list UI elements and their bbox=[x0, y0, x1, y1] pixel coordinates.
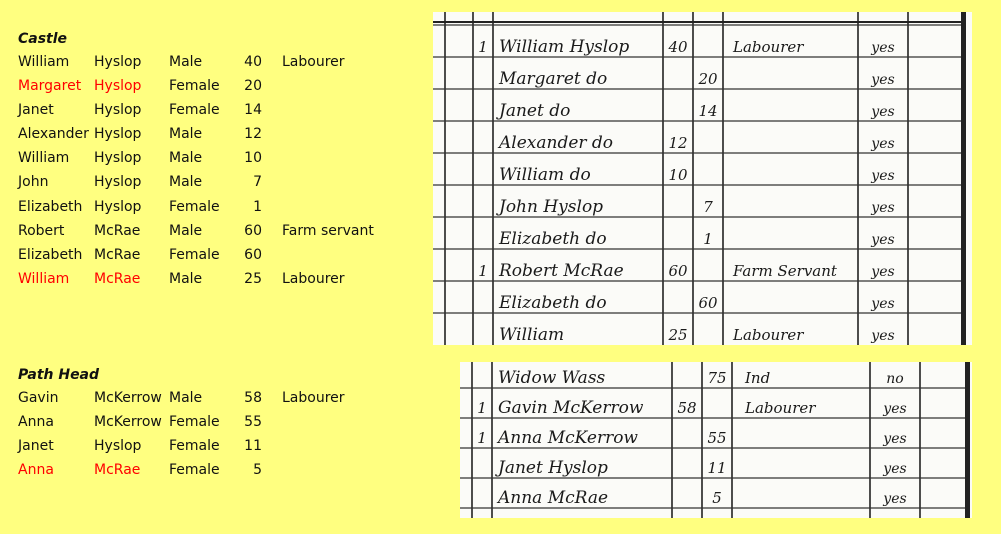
first-name: Robert bbox=[18, 219, 64, 243]
first-name: Anna bbox=[18, 458, 54, 482]
sex: Male bbox=[169, 219, 202, 243]
sex: Female bbox=[169, 74, 220, 98]
svg-text:yes: yes bbox=[882, 461, 906, 477]
age: 20 bbox=[244, 74, 262, 98]
surname: Hyslop bbox=[94, 122, 141, 146]
occupation: Labourer bbox=[282, 267, 345, 291]
age: 10 bbox=[244, 146, 262, 170]
person-row: JohnHyslopMale7 bbox=[18, 170, 67, 194]
sex: Female bbox=[169, 434, 220, 458]
svg-text:Gavin McKerrow: Gavin McKerrow bbox=[498, 398, 644, 418]
first-name: Alexander bbox=[18, 122, 89, 146]
occupation: Farm servant bbox=[282, 219, 374, 243]
age: 11 bbox=[244, 434, 262, 458]
svg-text:11: 11 bbox=[707, 459, 726, 477]
sex: Female bbox=[169, 195, 220, 219]
svg-text:Labourer: Labourer bbox=[732, 38, 804, 56]
sex: Male bbox=[169, 50, 202, 74]
age: 14 bbox=[244, 98, 262, 122]
age: 1 bbox=[244, 195, 262, 219]
svg-text:1: 1 bbox=[478, 38, 488, 56]
age: 5 bbox=[244, 458, 262, 482]
first-name: Janet bbox=[18, 434, 54, 458]
svg-text:Anna McRae: Anna McRae bbox=[496, 488, 608, 508]
svg-text:yes: yes bbox=[882, 491, 906, 507]
svg-text:yes: yes bbox=[870, 296, 894, 312]
person-row: JanetHyslopFemale11 bbox=[18, 434, 99, 458]
sex: Male bbox=[169, 386, 202, 410]
sex: Male bbox=[169, 267, 202, 291]
age: 7 bbox=[244, 170, 262, 194]
svg-text:yes: yes bbox=[870, 104, 894, 120]
svg-text:William: William bbox=[499, 325, 564, 345]
svg-text:William Hyslop: William Hyslop bbox=[499, 37, 629, 57]
svg-text:7: 7 bbox=[703, 198, 713, 216]
svg-text:14: 14 bbox=[698, 102, 717, 120]
person-row: AnnaMcKerrowFemale55 bbox=[18, 410, 99, 434]
surname: Hyslop bbox=[94, 50, 141, 74]
svg-text:yes: yes bbox=[870, 232, 894, 248]
surname: McRae bbox=[94, 267, 140, 291]
census-scan-drawing: 1William Hyslop40LaboureryesMargaret do2… bbox=[433, 12, 972, 345]
svg-text:Labourer: Labourer bbox=[744, 399, 816, 417]
svg-text:Ind: Ind bbox=[744, 369, 770, 387]
svg-text:10: 10 bbox=[668, 166, 688, 184]
surname: Hyslop bbox=[94, 74, 141, 98]
first-name: John bbox=[18, 170, 48, 194]
age: 60 bbox=[244, 219, 262, 243]
first-name: William bbox=[18, 267, 69, 291]
section-heading: Path Head bbox=[18, 364, 99, 386]
census-scan-image-path-head: Widow Wass75Indno1Gavin McKerrow58Labour… bbox=[460, 362, 972, 518]
person-row: JanetHyslopFemale14 bbox=[18, 98, 67, 122]
svg-text:Farm Servant: Farm Servant bbox=[732, 262, 838, 280]
person-row: AnnaMcRaeFemale5 bbox=[18, 458, 99, 482]
surname: Hyslop bbox=[94, 195, 141, 219]
occupation: Labourer bbox=[282, 50, 345, 74]
surname: Hyslop bbox=[94, 98, 141, 122]
svg-text:1: 1 bbox=[477, 429, 487, 447]
sex: Male bbox=[169, 122, 202, 146]
svg-text:William do: William do bbox=[499, 165, 591, 185]
first-name: Gavin bbox=[18, 386, 58, 410]
occupation: Labourer bbox=[282, 386, 345, 410]
age: 58 bbox=[244, 386, 262, 410]
svg-text:1: 1 bbox=[478, 262, 488, 280]
first-name: Elizabeth bbox=[18, 243, 82, 267]
person-row: WilliamHyslopMale40Labourer bbox=[18, 50, 67, 74]
svg-text:1: 1 bbox=[477, 399, 487, 417]
svg-text:5: 5 bbox=[712, 489, 722, 507]
section-path-head: Path Head GavinMcKerrowMale58LabourerAnn… bbox=[18, 364, 99, 482]
sex: Male bbox=[169, 170, 202, 194]
person-row: ElizabethMcRaeFemale60 bbox=[18, 243, 67, 267]
svg-text:25: 25 bbox=[667, 326, 687, 344]
first-name: Anna bbox=[18, 410, 54, 434]
svg-text:20: 20 bbox=[697, 70, 718, 88]
svg-text:60: 60 bbox=[698, 294, 718, 312]
sex: Female bbox=[169, 410, 220, 434]
svg-text:Robert McRae: Robert McRae bbox=[498, 261, 624, 281]
sex: Male bbox=[169, 146, 202, 170]
surname: McRae bbox=[94, 458, 140, 482]
age: 40 bbox=[244, 50, 262, 74]
svg-text:55: 55 bbox=[707, 429, 726, 447]
person-row: RobertMcRaeMale60Farm servant bbox=[18, 219, 67, 243]
svg-text:Elizabeth do: Elizabeth do bbox=[498, 229, 607, 249]
age: 12 bbox=[244, 122, 262, 146]
surname: McKerrow bbox=[94, 410, 162, 434]
svg-text:Alexander do: Alexander do bbox=[497, 133, 613, 153]
first-name: Elizabeth bbox=[18, 195, 82, 219]
person-row: WilliamMcRaeMale25Labourer bbox=[18, 267, 67, 291]
svg-text:40: 40 bbox=[667, 38, 688, 56]
svg-text:58: 58 bbox=[677, 399, 696, 417]
svg-text:John Hyslop: John Hyslop bbox=[496, 197, 603, 217]
household-list: GavinMcKerrowMale58LabourerAnnaMcKerrowF… bbox=[18, 386, 99, 482]
first-name: Janet bbox=[18, 98, 54, 122]
svg-text:1: 1 bbox=[703, 230, 713, 248]
person-row: MargaretHyslopFemale20 bbox=[18, 74, 67, 98]
svg-text:Labourer: Labourer bbox=[732, 326, 804, 344]
svg-text:yes: yes bbox=[870, 328, 894, 344]
person-row: WilliamHyslopMale10 bbox=[18, 146, 67, 170]
census-scan-image-castle: 1William Hyslop40LaboureryesMargaret do2… bbox=[433, 12, 972, 345]
svg-text:Elizabeth do: Elizabeth do bbox=[498, 293, 607, 313]
svg-text:yes: yes bbox=[870, 136, 894, 152]
age: 55 bbox=[244, 410, 262, 434]
svg-text:yes: yes bbox=[870, 168, 894, 184]
sex: Female bbox=[169, 98, 220, 122]
age: 25 bbox=[244, 267, 262, 291]
section-castle: Castle WilliamHyslopMale40LabourerMargar… bbox=[18, 28, 67, 291]
age: 60 bbox=[244, 243, 262, 267]
svg-text:12: 12 bbox=[668, 134, 687, 152]
surname: Hyslop bbox=[94, 434, 141, 458]
svg-text:Janet Hyslop: Janet Hyslop bbox=[495, 458, 608, 478]
svg-text:yes: yes bbox=[882, 431, 906, 447]
first-name: Margaret bbox=[18, 74, 81, 98]
person-row: AlexanderHyslopMale12 bbox=[18, 122, 67, 146]
person-row: ElizabethHyslopFemale1 bbox=[18, 195, 67, 219]
svg-text:yes: yes bbox=[870, 72, 894, 88]
census-scan-drawing: Widow Wass75Indno1Gavin McKerrow58Labour… bbox=[460, 362, 972, 518]
surname: McRae bbox=[94, 243, 140, 267]
first-name: William bbox=[18, 50, 69, 74]
svg-text:no: no bbox=[886, 371, 903, 387]
section-heading: Castle bbox=[18, 28, 67, 50]
svg-text:Janet do: Janet do bbox=[496, 101, 570, 121]
svg-text:yes: yes bbox=[870, 200, 894, 216]
svg-text:Margaret do: Margaret do bbox=[498, 69, 607, 89]
surname: McKerrow bbox=[94, 386, 162, 410]
svg-text:yes: yes bbox=[870, 264, 894, 280]
svg-text:75: 75 bbox=[707, 369, 726, 387]
surname: Hyslop bbox=[94, 146, 141, 170]
first-name: William bbox=[18, 146, 69, 170]
svg-text:Widow Wass: Widow Wass bbox=[498, 368, 606, 388]
household-list: WilliamHyslopMale40LabourerMargaretHyslo… bbox=[18, 50, 67, 291]
svg-text:yes: yes bbox=[870, 40, 894, 56]
surname: Hyslop bbox=[94, 170, 141, 194]
svg-text:60: 60 bbox=[668, 262, 688, 280]
person-row: GavinMcKerrowMale58Labourer bbox=[18, 386, 99, 410]
sex: Female bbox=[169, 458, 220, 482]
sex: Female bbox=[169, 243, 220, 267]
svg-text:Anna McKerrow: Anna McKerrow bbox=[496, 428, 638, 448]
surname: McRae bbox=[94, 219, 140, 243]
svg-text:yes: yes bbox=[882, 401, 906, 417]
